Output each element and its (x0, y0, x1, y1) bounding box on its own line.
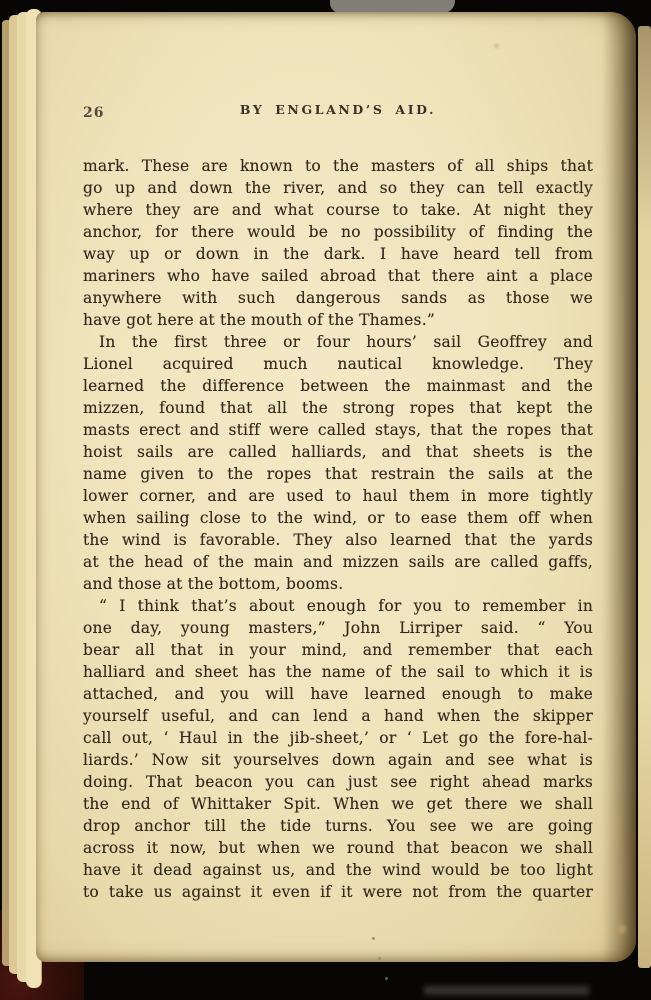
text-line: attached, and you will have learned enou… (83, 683, 593, 705)
page-header: 26 BY ENGLAND’S AID. (83, 102, 593, 124)
paper-speck (494, 44, 499, 48)
text-line: drop anchor till the tide turns. You see… (83, 815, 593, 837)
text-line: liards.’ Now sit yourselves down again a… (83, 749, 593, 771)
book-page: 26 BY ENGLAND’S AID. mark. These are kno… (36, 12, 636, 962)
facing-page-edge (638, 26, 651, 968)
text-line: when sailing close to the wind, or to ea… (83, 507, 593, 529)
book-scan: 26 BY ENGLAND’S AID. mark. These are kno… (0, 0, 651, 1000)
paragraph: In the first three or four hours’ sail G… (83, 331, 593, 595)
text-line: call out, ‘ Haul in the jib-sheet,’ or ‘… (83, 727, 593, 749)
text-line: have got here at the mouth of the Thames… (83, 309, 593, 331)
text-line: masts erect and stiff were called stays,… (83, 419, 593, 441)
text-block: mark. These are known to the masters of … (83, 155, 593, 903)
text-line: yourself useful, and can lend a hand whe… (83, 705, 593, 727)
paper-speck (378, 957, 381, 960)
running-title: BY ENGLAND’S AID. (83, 102, 593, 117)
scan-glare (424, 986, 589, 995)
paper-speck (385, 977, 388, 980)
text-line: have it dead against us, and the wind wo… (83, 859, 593, 881)
text-line: name given to the ropes that restrain th… (83, 463, 593, 485)
text-line: the end of Whittaker Spit. When we get t… (83, 793, 593, 815)
text-line: anywhere with such dangerous sands as th… (83, 287, 593, 309)
text-line: mariners who have sailed abroad that the… (83, 265, 593, 287)
text-line: In the first three or four hours’ sail G… (83, 331, 593, 353)
text-line: anchor, for there would be no possibilit… (83, 221, 593, 243)
text-line: and those at the bottom, booms. (83, 573, 593, 595)
text-line: at the head of the main and mizzen sails… (83, 551, 593, 573)
text-line: mizzen, found that all the strong ropes … (83, 397, 593, 419)
text-line: doing. That beacon you can just see righ… (83, 771, 593, 793)
text-line: the wind is favorable. They also learned… (83, 529, 593, 551)
text-line: way up or down in the dark. I have heard… (83, 243, 593, 265)
text-line: hoist sails are called halliards, and th… (83, 441, 593, 463)
text-line: go up and down the river, and so they ca… (83, 177, 593, 199)
text-line: Lionel acquired much nautical knowledge.… (83, 353, 593, 375)
text-line: lower corner, and are used to haul them … (83, 485, 593, 507)
text-line: where they are and what course to take. … (83, 199, 593, 221)
text-line: learned the difference between the mainm… (83, 375, 593, 397)
paper-speck (372, 937, 375, 940)
text-line: bear all that in your mind, and remember… (83, 639, 593, 661)
paper-speck (618, 925, 626, 933)
paragraph: “ I think that’s about enough for you to… (83, 595, 593, 903)
text-line: mark. These are known to the masters of … (83, 155, 593, 177)
text-line: “ I think that’s about enough for you to… (83, 595, 593, 617)
text-line: across it now, but when we round that be… (83, 837, 593, 859)
paragraph: mark. These are known to the masters of … (83, 155, 593, 331)
text-line: one day, young masters,” John Lirriper s… (83, 617, 593, 639)
text-line: to take us against it even if it were no… (83, 881, 593, 903)
text-line: halliard and sheet has the name of the s… (83, 661, 593, 683)
